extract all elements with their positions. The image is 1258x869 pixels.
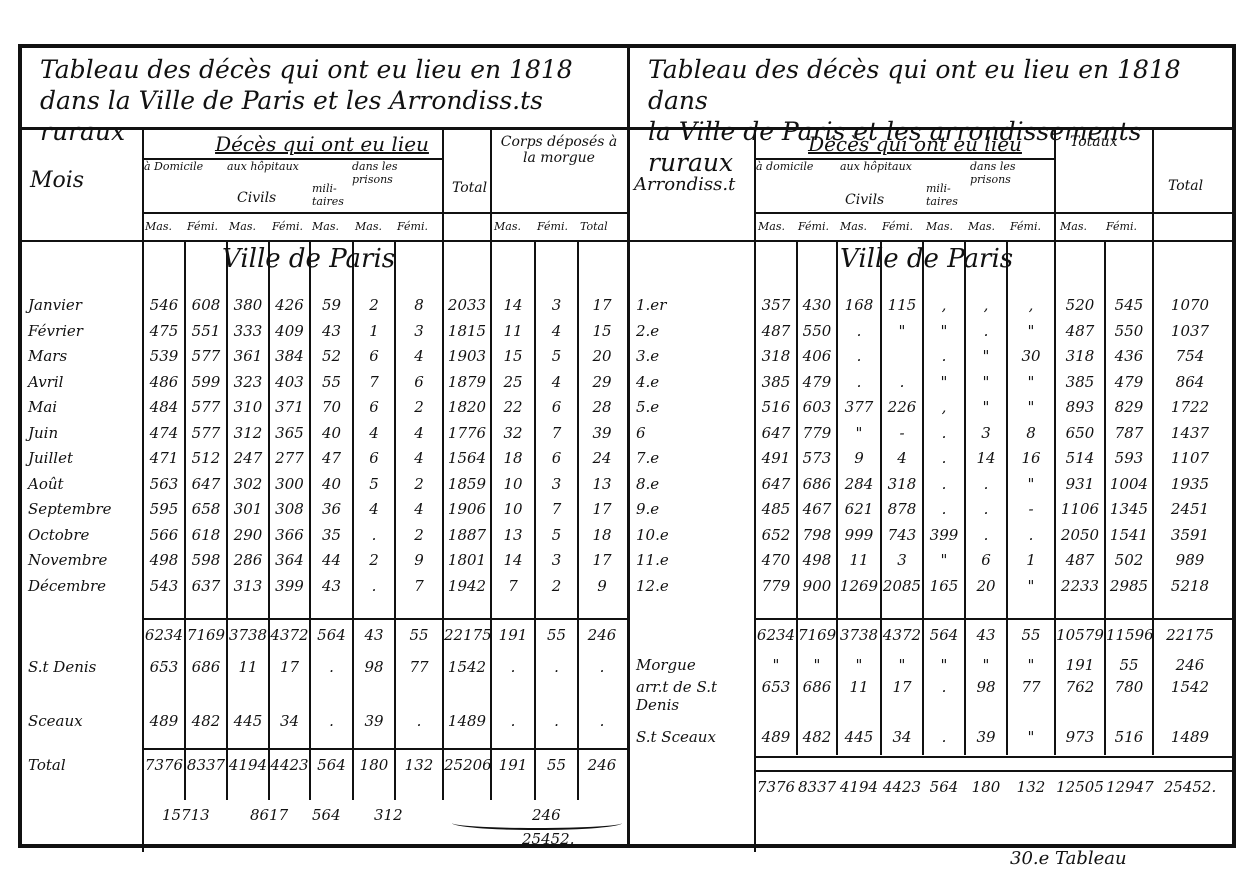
- cell-value: 40: [311, 475, 352, 493]
- left-table-header: Mois Décès qui ont eu lieu à Domicile au…: [22, 130, 627, 242]
- row-label: Avril: [28, 373, 140, 391]
- cell-value: .: [924, 678, 964, 696]
- table-row: Juin4745773123654044177632739: [22, 424, 627, 448]
- cell-value: 4: [396, 449, 442, 467]
- cell-value: 762: [1056, 678, 1104, 696]
- cell-value: 498: [144, 551, 184, 569]
- cell-value: 485: [756, 500, 796, 518]
- cell-value: .: [924, 449, 964, 467]
- cell-value: 10: [492, 500, 534, 518]
- cell-value: 39: [966, 728, 1006, 746]
- cell-value: 1820: [444, 398, 490, 416]
- row-label: Total: [28, 756, 140, 774]
- cell-value: 4: [536, 373, 577, 391]
- cell-value: 754: [1154, 347, 1226, 365]
- cell-value: 598: [186, 551, 226, 569]
- cell-value: .: [492, 658, 534, 676]
- col-mas: Mas.: [926, 220, 953, 233]
- header-civils: Civils: [845, 192, 905, 208]
- cell-value: 165: [924, 577, 964, 595]
- cell-value: 1564: [444, 449, 490, 467]
- cell-value: 10579: [1056, 626, 1104, 644]
- cell-value: 900: [798, 577, 836, 595]
- cell-value: 4: [396, 347, 442, 365]
- row-label: Octobre: [28, 526, 140, 544]
- row-label: 4.e: [636, 373, 752, 391]
- cell-value: 1942: [444, 577, 490, 595]
- cell-value: 931: [1056, 475, 1104, 493]
- cell-value: ": [966, 347, 1006, 365]
- cell-value: 1269: [838, 577, 880, 595]
- cell-value: 7: [492, 577, 534, 595]
- cell-value: 4: [396, 424, 442, 442]
- table-row: Février4755513334094313181511415: [22, 322, 627, 346]
- cell-value: 4423: [882, 778, 922, 796]
- cell-value: 4: [396, 500, 442, 518]
- cell-value: 445: [838, 728, 880, 746]
- row-label: S.t Sceaux: [636, 728, 752, 746]
- cell-value: 8337: [798, 778, 836, 796]
- cell-value: 4372: [882, 626, 922, 644]
- table-row: 5.e516603377226,""8938291722: [630, 398, 1232, 422]
- cell-value: 1437: [1154, 424, 1226, 442]
- cell-value: 98: [966, 678, 1006, 696]
- cell-value: 566: [144, 526, 184, 544]
- cell-value: 357: [756, 296, 796, 314]
- section-ville-de-paris: Ville de Paris: [840, 244, 1013, 274]
- cell-value: .: [579, 712, 625, 730]
- cell-value: .: [311, 712, 352, 730]
- cell-value: 829: [1106, 398, 1152, 416]
- cell-value: 77: [396, 658, 442, 676]
- header-mois: Mois: [30, 168, 140, 193]
- cell-value: 364: [270, 551, 309, 569]
- group-total-militaires: 564: [312, 806, 341, 824]
- header-a-domicile: à domicile: [756, 160, 836, 173]
- cell-value: 482: [186, 712, 226, 730]
- table-row: 7.e49157394.14165145931107: [630, 449, 1232, 473]
- cell-value: 55: [311, 373, 352, 391]
- cell-value: 286: [228, 551, 268, 569]
- cell-value: 686: [798, 475, 836, 493]
- cell-value: 564: [311, 626, 352, 644]
- cell-value: 13: [492, 526, 534, 544]
- cell-value: 43: [311, 322, 352, 340]
- cell-value: 11596: [1106, 626, 1152, 644]
- cell-value: .: [354, 577, 394, 595]
- col-femi: Fémi.: [1106, 220, 1137, 233]
- cell-value: 7169: [798, 626, 836, 644]
- cell-value: 2451: [1154, 500, 1226, 518]
- cell-value: 284: [838, 475, 880, 493]
- table-row: Avril4865993234035576187925429: [22, 373, 627, 397]
- col-mas: Mas.: [229, 220, 256, 233]
- cell-value: .: [966, 526, 1006, 544]
- cell-value: .: [354, 526, 394, 544]
- cell-value: 608: [186, 296, 226, 314]
- cell-value: 593: [1106, 449, 1152, 467]
- col-femi: Fémi.: [187, 220, 218, 233]
- row-label: 10.e: [636, 526, 752, 544]
- cell-value: 686: [186, 658, 226, 676]
- cell-value: .: [966, 322, 1006, 340]
- cell-value: .: [882, 373, 922, 391]
- cell-value: 545: [1106, 296, 1152, 314]
- row-label: Août: [28, 475, 140, 493]
- cell-value: 9: [838, 449, 880, 467]
- cell-value: 70: [311, 398, 352, 416]
- table-row: 4.e385479.."""385479864: [630, 373, 1232, 397]
- cell-value: 653: [144, 658, 184, 676]
- row-label: Septembre: [28, 500, 140, 518]
- cell-value: 487: [1056, 551, 1104, 569]
- cell-value: 10: [492, 475, 534, 493]
- header-total: Total: [452, 180, 492, 196]
- cell-value: 1106: [1056, 500, 1104, 518]
- cell-value: 3: [536, 475, 577, 493]
- cell-value: 35: [311, 526, 352, 544]
- cell-value: 484: [144, 398, 184, 416]
- cell-value: 1903: [444, 347, 490, 365]
- row-label: 7.e: [636, 449, 752, 467]
- cell-value: -: [882, 424, 922, 442]
- cell-value: 550: [798, 322, 836, 340]
- cell-value: 312: [228, 424, 268, 442]
- row-label: Décembre: [28, 577, 140, 595]
- row-label: 3.e: [636, 347, 752, 365]
- cell-value: 300: [270, 475, 309, 493]
- cell-value: 514: [1056, 449, 1104, 467]
- cell-value: 486: [144, 373, 184, 391]
- cell-value: 479: [798, 373, 836, 391]
- cell-value: 52: [311, 347, 352, 365]
- cell-value: 226: [882, 398, 922, 416]
- cell-value: 2050: [1056, 526, 1104, 544]
- cell-value: .: [536, 712, 577, 730]
- cell-value: 1489: [444, 712, 490, 730]
- cell-value: 779: [756, 577, 796, 595]
- cell-value: 7: [536, 500, 577, 518]
- group-total-prisons: 312: [374, 806, 403, 824]
- right-table-title: Tableau des décès qui ont eu lieu en 181…: [630, 48, 1232, 130]
- cell-value: 6: [396, 373, 442, 391]
- cell-value: 445: [228, 712, 268, 730]
- col-mas: Mas.: [758, 220, 785, 233]
- table-row: Morgue"""""""19155246: [630, 656, 1232, 680]
- cell-value: 29: [579, 373, 625, 391]
- cell-value: ": [1008, 322, 1054, 340]
- cell-value: .: [396, 712, 442, 730]
- cell-value: 246: [579, 756, 625, 774]
- cell-value: 3: [396, 322, 442, 340]
- cell-value: 563: [144, 475, 184, 493]
- cell-value: 1935: [1154, 475, 1226, 493]
- col-femi: Fémi.: [272, 220, 303, 233]
- cell-value: .: [966, 500, 1006, 518]
- table-row: Mars5395773613845264190315520: [22, 347, 627, 371]
- cell-value: 380: [228, 296, 268, 314]
- cell-value: 8: [1008, 424, 1054, 442]
- col-femi: Fémi.: [798, 220, 829, 233]
- cell-value: 17: [579, 296, 625, 314]
- cell-value: 55: [1106, 656, 1152, 674]
- cell-value: 191: [492, 756, 534, 774]
- cell-value: 5218: [1154, 577, 1226, 595]
- cell-value: 6: [354, 347, 394, 365]
- cell-value: 32: [492, 424, 534, 442]
- header-deces-group: Décès qui ont eu lieu: [172, 132, 472, 156]
- row-label: 12.e: [636, 577, 752, 595]
- subtotal-row: 62347169373843725644355105791159622175: [630, 626, 1232, 650]
- cell-value: 7376: [756, 778, 796, 796]
- cell-value: 55: [536, 756, 577, 774]
- cell-value: 603: [798, 398, 836, 416]
- cell-value: 637: [186, 577, 226, 595]
- cell-value: ": [838, 424, 880, 442]
- page-footer-note: 30.e Tableau: [1010, 848, 1127, 869]
- cell-value: 43: [354, 626, 394, 644]
- header-civils: Civils: [237, 190, 297, 206]
- cell-value: 498: [798, 551, 836, 569]
- table-row: 11.e470498113"61487502989: [630, 551, 1232, 575]
- right-table-header: Arrondiss.t Décès qui ont eu lieu à domi…: [630, 130, 1232, 242]
- row-label: 5.e: [636, 398, 752, 416]
- col-femi: Fémi.: [882, 220, 913, 233]
- cell-value: 43: [966, 626, 1006, 644]
- table-row: 2.e487550.""."4875501037: [630, 322, 1232, 346]
- section-ville-de-paris: Ville de Paris: [222, 244, 395, 274]
- group-total-domicile: 15713: [162, 806, 210, 824]
- cell-value: 301: [228, 500, 268, 518]
- cell-value: 168: [838, 296, 880, 314]
- cell-value: 878: [882, 500, 922, 518]
- cell-value: .: [924, 347, 964, 365]
- cell-value: 564: [924, 778, 964, 796]
- cell-value: 1879: [444, 373, 490, 391]
- cell-value: 55: [396, 626, 442, 644]
- cell-value: 973: [1056, 728, 1104, 746]
- cell-value: 132: [396, 756, 442, 774]
- cell-value: 546: [144, 296, 184, 314]
- cell-value: 17: [579, 500, 625, 518]
- header-militaires: mili-taires: [926, 182, 960, 208]
- cell-value: 743: [882, 526, 922, 544]
- cell-value: 599: [186, 373, 226, 391]
- cell-value: 318: [1056, 347, 1104, 365]
- cell-value: 1489: [1154, 728, 1226, 746]
- cell-value: 308: [270, 500, 309, 518]
- cell-value: 323: [228, 373, 268, 391]
- row-label: Sceaux: [28, 712, 140, 730]
- cell-value: 474: [144, 424, 184, 442]
- cell-value: 6: [354, 449, 394, 467]
- cell-value: 479: [1106, 373, 1152, 391]
- cell-value: 246: [1154, 656, 1226, 674]
- cell-value: 9: [579, 577, 625, 595]
- table-row: Septembre5956583013083644190610717: [22, 500, 627, 524]
- cell-value: ": [1008, 656, 1054, 674]
- cell-value: 1906: [444, 500, 490, 518]
- cell-value: 551: [186, 322, 226, 340]
- cell-value: 798: [798, 526, 836, 544]
- cell-value: 277: [270, 449, 309, 467]
- cell-value: 302: [228, 475, 268, 493]
- cell-value: 365: [270, 424, 309, 442]
- cell-value: 7: [354, 373, 394, 391]
- cell-value: 25452.: [1154, 778, 1226, 796]
- col-mas: Mas.: [840, 220, 867, 233]
- cell-value: 24: [579, 449, 625, 467]
- cell-value: 4372: [270, 626, 309, 644]
- row-label: 9.e: [636, 500, 752, 518]
- cell-value: 489: [756, 728, 796, 746]
- cell-value: 989: [1154, 551, 1226, 569]
- cell-value: 2233: [1056, 577, 1104, 595]
- cell-value: -: [1008, 500, 1054, 518]
- table-row: 9.e485467621878..-110613452451: [630, 500, 1232, 524]
- cell-value: 22: [492, 398, 534, 416]
- cell-value: 3: [882, 551, 922, 569]
- cell-value: 409: [270, 322, 309, 340]
- cell-value: 5: [536, 347, 577, 365]
- cell-value: 12947: [1106, 778, 1152, 796]
- header-aux-hopitaux: aux hôpitaux: [227, 160, 327, 173]
- cell-value: 2: [396, 475, 442, 493]
- cell-value: ": [1008, 398, 1054, 416]
- cell-value: 1: [1008, 551, 1054, 569]
- cell-value: ": [924, 373, 964, 391]
- cell-value: 17: [579, 551, 625, 569]
- cell-value: 6: [536, 398, 577, 416]
- cell-value: 864: [1154, 373, 1226, 391]
- cell-value: 40: [311, 424, 352, 442]
- cell-value: 539: [144, 347, 184, 365]
- cell-value: 2: [354, 296, 394, 314]
- cell-value: 59: [311, 296, 352, 314]
- cell-value: 647: [186, 475, 226, 493]
- cell-value: 8: [396, 296, 442, 314]
- table-row: arr.t de S.t Denis6536861117.98777627801…: [630, 678, 1232, 702]
- left-title-line1: Tableau des décès qui ont eu lieu en 181…: [40, 54, 609, 85]
- col-mas: Mas.: [494, 220, 521, 233]
- cell-value: .: [966, 475, 1006, 493]
- col-mas: Mas.: [1060, 220, 1087, 233]
- cell-value: 3: [536, 551, 577, 569]
- cell-value: .: [579, 658, 625, 676]
- row-label: arr.t de S.t Denis: [636, 678, 752, 714]
- cell-value: ": [882, 322, 922, 340]
- cell-value: 2: [536, 577, 577, 595]
- cell-value: ": [756, 656, 796, 674]
- cell-value: 491: [756, 449, 796, 467]
- cell-value: 618: [186, 526, 226, 544]
- cell-value: ,: [1008, 296, 1054, 314]
- cell-value: 39: [579, 424, 625, 442]
- cell-value: 1801: [444, 551, 490, 569]
- cell-value: 11: [492, 322, 534, 340]
- row-label: Février: [28, 322, 140, 340]
- cell-value: 366: [270, 526, 309, 544]
- cell-value: 1815: [444, 322, 490, 340]
- cell-value: 779: [798, 424, 836, 442]
- table-row: Sceaux48948244534.39.1489...: [22, 712, 627, 736]
- cell-value: 180: [354, 756, 394, 774]
- cell-value: 2033: [444, 296, 490, 314]
- cell-value: 17: [270, 658, 309, 676]
- cell-value: 1037: [1154, 322, 1226, 340]
- cell-value: 191: [492, 626, 534, 644]
- right-table: Tableau des décès qui ont eu lieu en 181…: [630, 48, 1232, 844]
- row-label: 8.e: [636, 475, 752, 493]
- cell-value: ": [924, 322, 964, 340]
- table-row: Mai4845773103717062182022628: [22, 398, 627, 422]
- cell-value: 4423: [270, 756, 309, 774]
- cell-value: 6: [536, 449, 577, 467]
- cell-value: 55: [536, 626, 577, 644]
- cell-value: 787: [1106, 424, 1152, 442]
- cell-value: 77: [1008, 678, 1054, 696]
- table-row: Janvier5466083804265928203314317: [22, 296, 627, 320]
- cell-value: .: [311, 658, 352, 676]
- cell-value: 6: [966, 551, 1006, 569]
- cell-value: 17: [882, 678, 922, 696]
- subtotal-row: 623471693738437256443552217519155246: [22, 626, 627, 650]
- cell-value: 377: [838, 398, 880, 416]
- cell-value: .: [924, 728, 964, 746]
- cell-value: 520: [1056, 296, 1104, 314]
- row-label: 2.e: [636, 322, 752, 340]
- cell-value: 6: [354, 398, 394, 416]
- table-row: 3.e318406.."30318436754: [630, 347, 1232, 371]
- cell-value: 191: [1056, 656, 1104, 674]
- cell-value: 6234: [144, 626, 184, 644]
- header-totaux: Totaux: [1070, 134, 1150, 150]
- cell-value: ": [966, 373, 1006, 391]
- cell-value: 436: [1106, 347, 1152, 365]
- cell-value: 6234: [756, 626, 796, 644]
- cell-value: 1887: [444, 526, 490, 544]
- brace-decoration: [452, 816, 622, 830]
- table-row: S.t Sceaux48948244534.39"9735161489: [630, 728, 1232, 752]
- cell-value: 426: [270, 296, 309, 314]
- cell-value: 3591: [1154, 526, 1226, 544]
- cell-value: 11: [228, 658, 268, 676]
- cell-value: 1345: [1106, 500, 1152, 518]
- cell-value: 7: [396, 577, 442, 595]
- cell-value: 115: [882, 296, 922, 314]
- cell-value: 333: [228, 322, 268, 340]
- cell-value: .: [838, 322, 880, 340]
- row-label: Janvier: [28, 296, 140, 314]
- row-label: Morgue: [636, 656, 752, 674]
- row-label: 11.e: [636, 551, 752, 569]
- cell-value: 999: [838, 526, 880, 544]
- cell-value: ": [1008, 577, 1054, 595]
- cell-value: 290: [228, 526, 268, 544]
- cell-value: 22175: [444, 626, 490, 644]
- left-table: Tableau des décès qui ont eu lieu en 181…: [22, 48, 630, 844]
- cell-value: .: [924, 424, 964, 442]
- cell-value: ": [924, 551, 964, 569]
- cell-value: .: [924, 500, 964, 518]
- cell-value: 14: [966, 449, 1006, 467]
- cell-value: 621: [838, 500, 880, 518]
- cell-value: 39: [354, 712, 394, 730]
- cell-value: 653: [756, 678, 796, 696]
- cell-value: 577: [186, 398, 226, 416]
- cell-value: 564: [924, 626, 964, 644]
- cell-value: 3: [536, 296, 577, 314]
